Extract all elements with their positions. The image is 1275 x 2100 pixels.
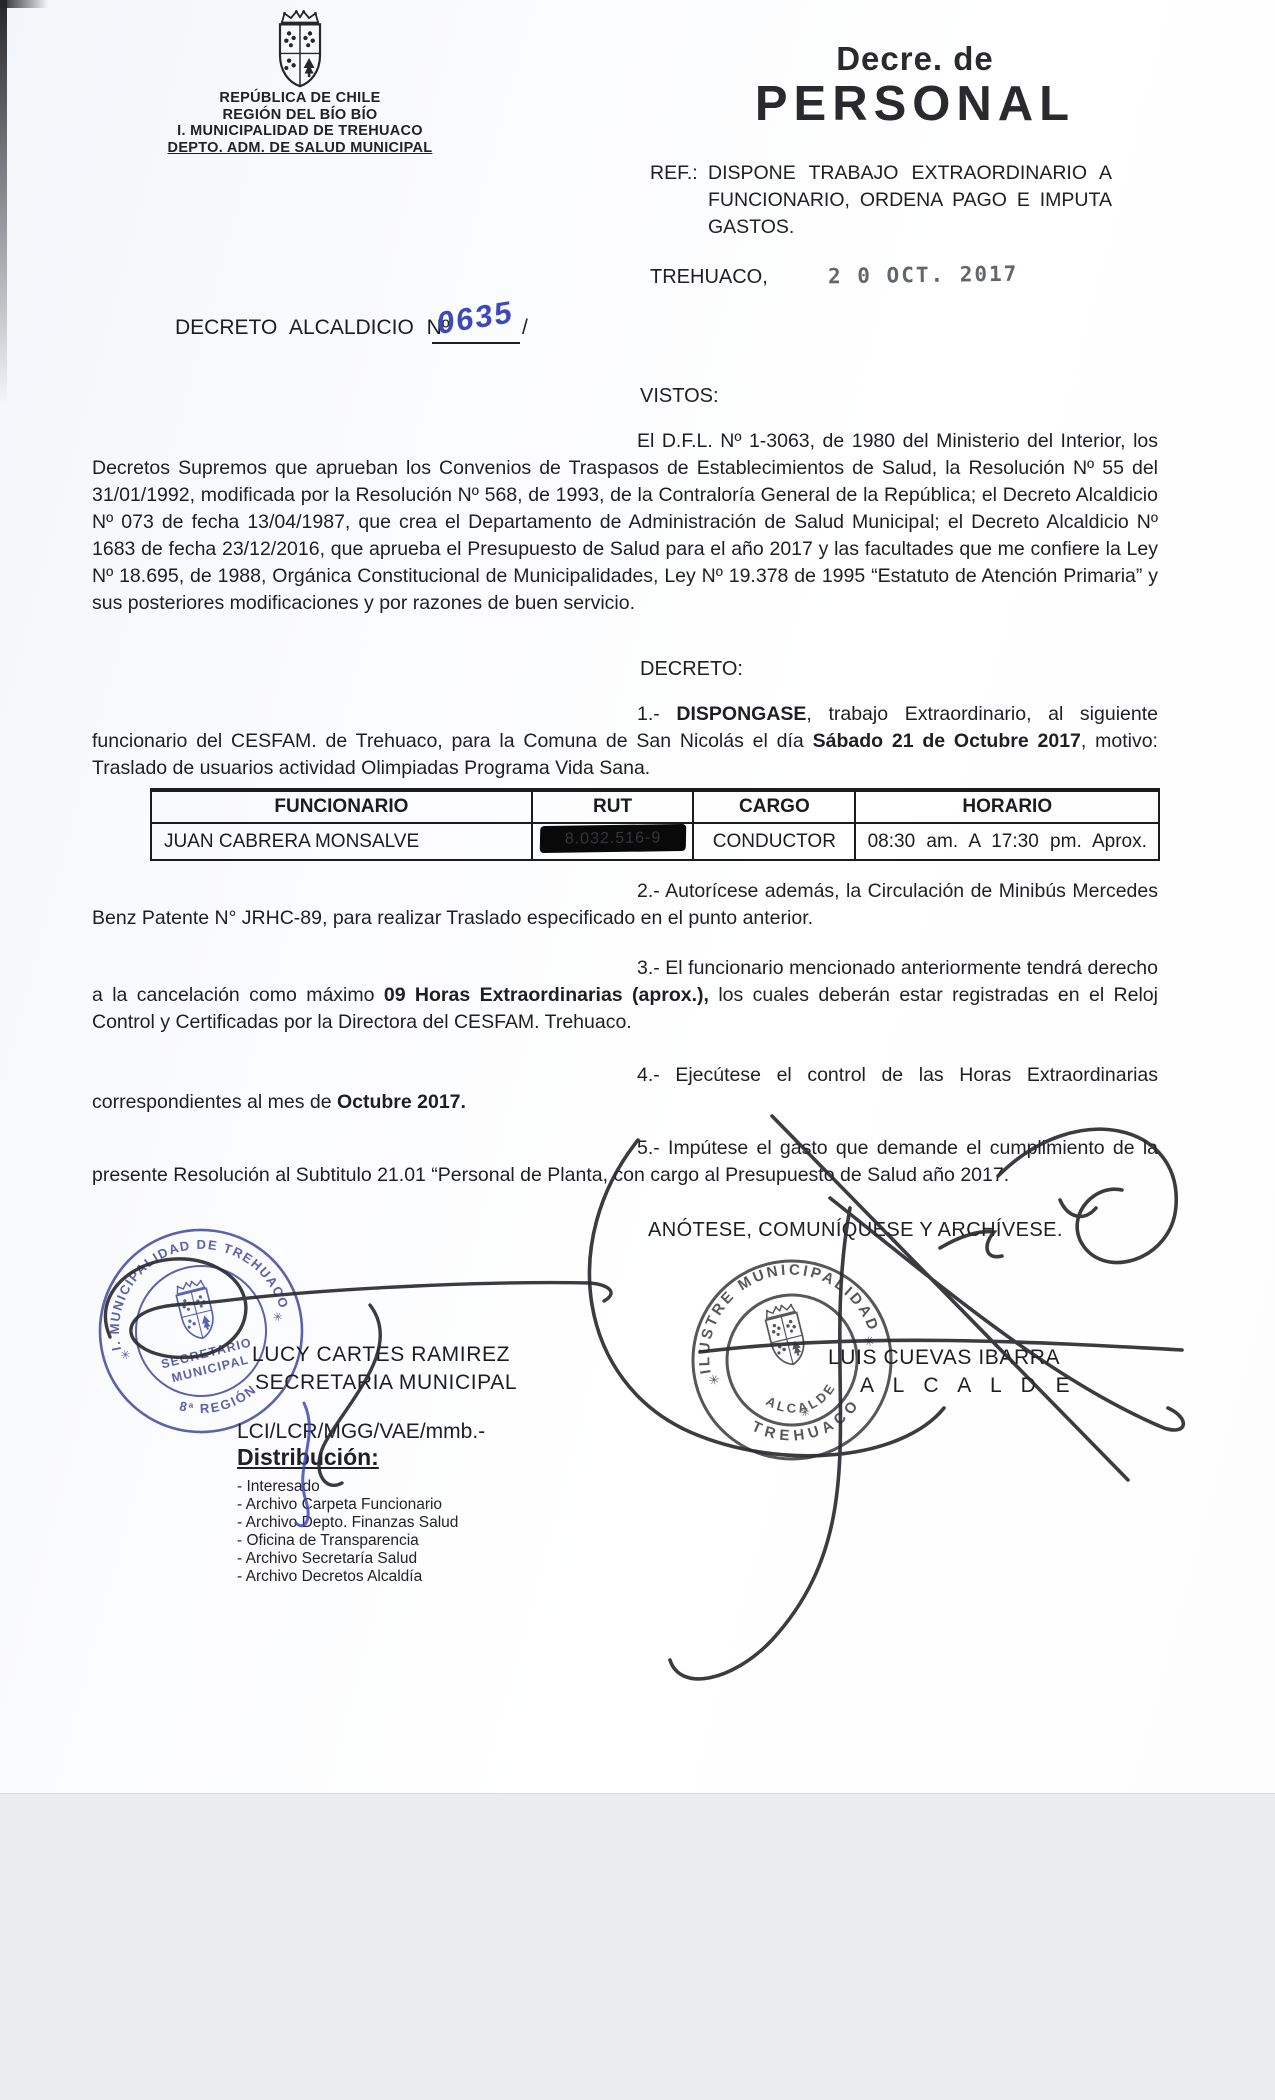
ref-block: REF.: DISPONE TRABAJO EXTRAORDINARIO A F…	[650, 160, 1112, 241]
decreto-point-1: 1.- DISPONGASE, trabajo Extraordinario, …	[92, 701, 1158, 782]
decreto-point-4: 4.- Ejecútese el control de las Horas Ex…	[92, 1062, 1158, 1116]
doc-type-line1: Decre. de	[745, 40, 1085, 78]
scan-edge-artifact-top	[0, 0, 48, 8]
vistos-heading: VISTOS:	[640, 385, 719, 408]
secretary-title: SECRETARIA MUNICIPAL	[255, 1371, 517, 1395]
decreto-point-2: 2.- Autorícese además, la Circulación de…	[92, 878, 1158, 932]
municipal-coat-of-arms-icon	[272, 8, 328, 88]
mayor-name: LUIS CUEVAS IBARRA	[828, 1346, 1060, 1370]
decree-number-slash: /	[522, 316, 528, 340]
cell-horario: 08:30 am. A 17:30 pm. Aprox.	[855, 823, 1159, 860]
svg-text:8ª REGIÓN: 8ª REGIÓN	[175, 1380, 263, 1424]
distribution-item: - Oficina de Transparencia	[237, 1532, 458, 1550]
mayor-title: A L C A L D E	[860, 1374, 1077, 1398]
distribution-item: - Archivo Depto. Finanzas Salud	[237, 1514, 458, 1532]
p1-bold-date: Sábado 21 de Octubre 2017	[813, 730, 1081, 752]
secretary-name: LUCY CARTES RAMIREZ	[252, 1343, 510, 1367]
col-cargo: CARGO	[693, 790, 855, 823]
table-header-row: FUNCIONARIO RUT CARGO HORARIO	[151, 790, 1159, 823]
distribution-label: Distribución:	[237, 1444, 379, 1471]
dateline-city: TREHUACO,	[650, 266, 768, 289]
p1-number: 1.-	[637, 703, 676, 725]
letterhead-department: DEPTO. ADM. DE SALUD MUNICIPAL	[150, 140, 450, 157]
decree-number-label: DECRETO ALCALDICIO Nº	[175, 316, 450, 340]
col-horario: HORARIO	[855, 790, 1159, 823]
p4-bold-month: Octubre 2017.	[337, 1091, 466, 1113]
letterhead-region: REGIÓN DEL BÍO BÍO	[150, 107, 450, 124]
overtime-table: FUNCIONARIO RUT CARGO HORARIO JUAN CABRE…	[150, 788, 1160, 861]
decreto-point-3: 3.- El funcionario mencionado anteriorme…	[92, 955, 1158, 1036]
letterhead: REPÚBLICA DE CHILE REGIÓN DEL BÍO BÍO I.…	[150, 8, 450, 156]
letterhead-municipality: I. MUNICIPALIDAD DE TREHUACO	[150, 123, 450, 140]
stamp-star-left: ✳	[707, 1371, 721, 1388]
rut-redaction-mark: 8.032.516-9	[539, 824, 686, 853]
cell-funcionario: JUAN CABRERA MONSALVE	[151, 823, 532, 860]
date-stamp: 2 0 OCT. 2017	[828, 262, 1019, 289]
ref-text: DISPONE TRABAJO EXTRAORDINARIO A FUNCION…	[708, 160, 1112, 241]
doc-type-line2: PERSONAL	[745, 76, 1085, 132]
col-funcionario: FUNCIONARIO	[151, 790, 532, 823]
scanner-background	[0, 1793, 1275, 2100]
ref-label: REF.:	[650, 160, 708, 241]
cell-rut: 8.032.516-9	[532, 823, 693, 860]
table-row: JUAN CABRERA MONSALVE 8.032.516-9 CONDUC…	[151, 823, 1159, 860]
vistos-body: El D.F.L. Nº 1-3063, de 1980 del Ministe…	[92, 428, 1158, 617]
distribution-item: - Interesado	[237, 1478, 458, 1496]
stamp-star-left: ✳	[119, 1347, 132, 1363]
distribution-item: - Archivo Decretos Alcaldía	[237, 1568, 458, 1586]
cell-cargo: CONDUCTOR	[693, 823, 855, 860]
p3-bold-hours: 09 Horas Extraordinarias (aprox.),	[384, 984, 709, 1006]
decreto-heading: DECRETO:	[640, 658, 743, 681]
stamp-star-right: ✳	[271, 1309, 284, 1325]
distribution-item: - Archivo Carpeta Funcionario	[237, 1496, 458, 1514]
col-rut: RUT	[532, 790, 693, 823]
distribution-item: - Archivo Secretaría Salud	[237, 1550, 458, 1568]
decreto-point-5: 5.- Impútese el gasto que demande el cum…	[92, 1135, 1158, 1189]
stamp-ring-bottom-text: 8ª REGIÓN	[175, 1380, 263, 1424]
responsibility-initials: LCI/LCR/MGG/VAE/mmb.-	[237, 1420, 485, 1444]
p1-bold-dispongase: DISPONGASE	[676, 703, 806, 725]
decree-number-underline	[432, 342, 520, 344]
distribution-list: - Interesado - Archivo Carpeta Funcionar…	[237, 1478, 458, 1586]
p4-text: 4.- Ejecútese el control de las Horas Ex…	[92, 1064, 1158, 1113]
letterhead-country: REPÚBLICA DE CHILE	[150, 90, 450, 107]
scan-edge-artifact	[0, 0, 7, 430]
doc-type-stamp: Decre. de PERSONAL	[745, 40, 1085, 132]
